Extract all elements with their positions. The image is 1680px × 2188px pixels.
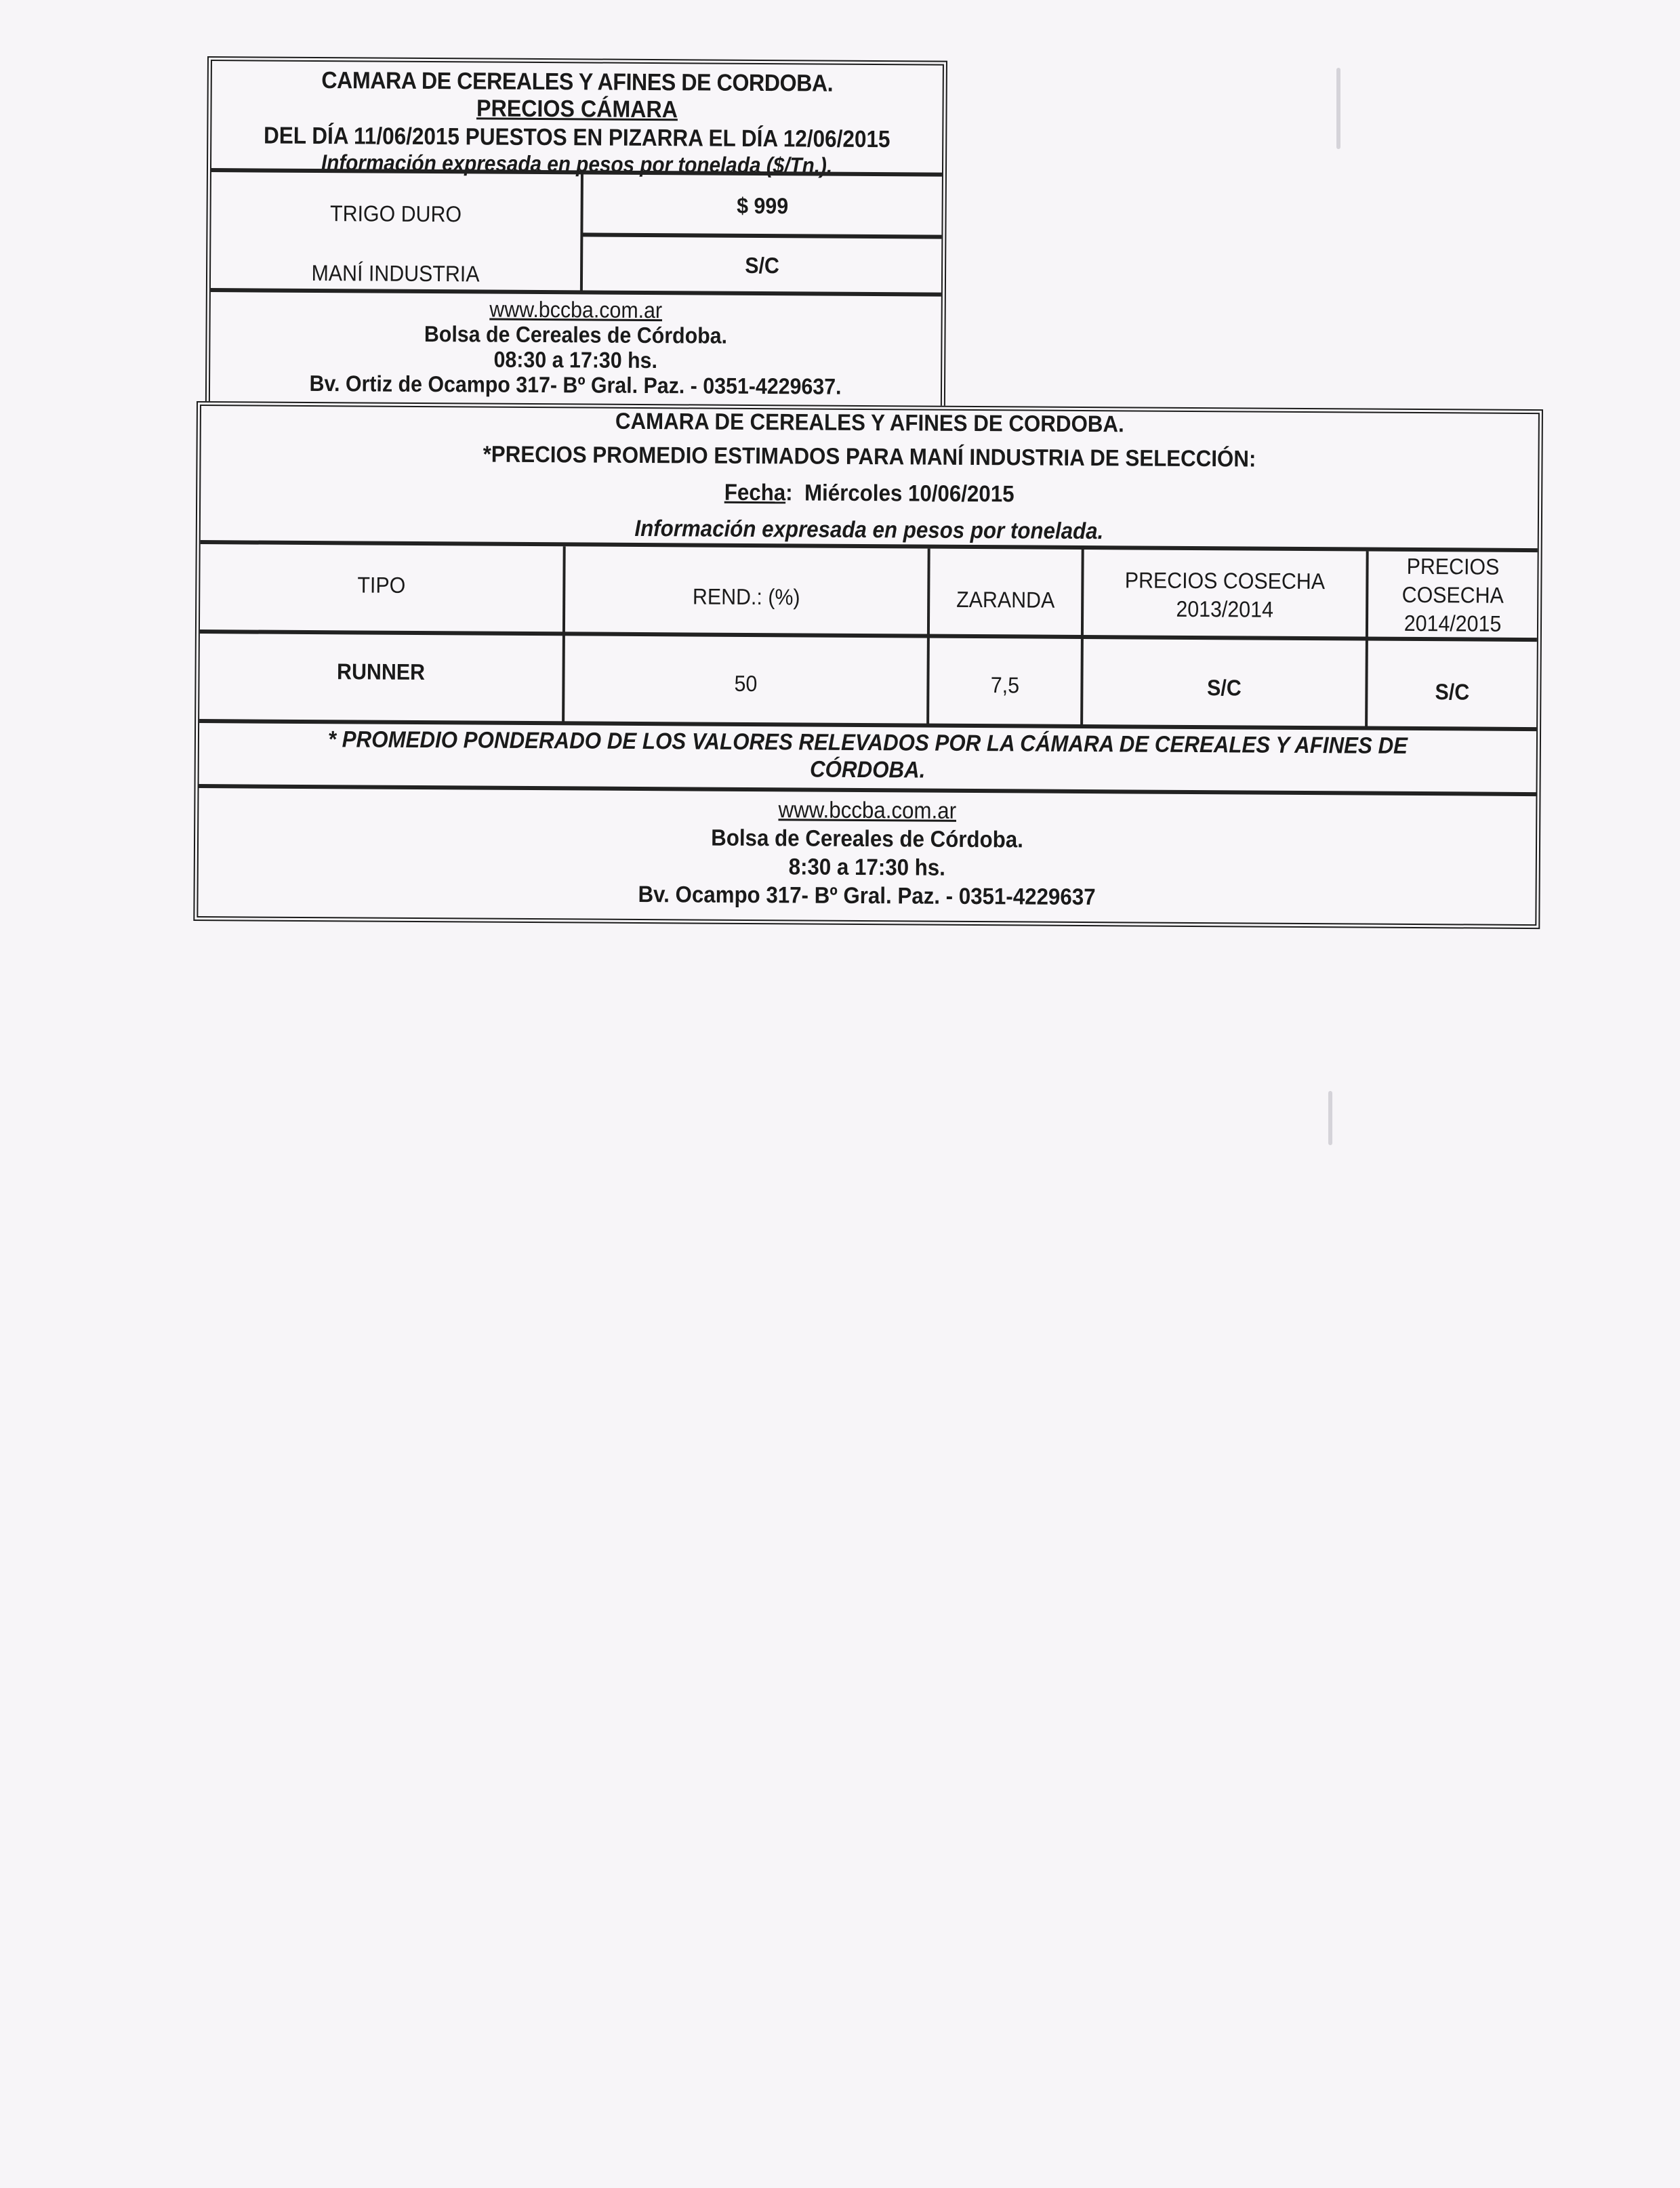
- date-value: Miércoles 10/06/2015: [804, 480, 1015, 507]
- hours: 08:30 a 17:30 hs.: [239, 345, 911, 374]
- precios-mani-table: CAMARA DE CEREALES Y AFINES DE CORDOBA. …: [193, 401, 1543, 929]
- date-label: Fecha: [724, 480, 786, 506]
- cell-rend: 50: [579, 668, 913, 699]
- header-line: COSECHA: [1375, 581, 1530, 610]
- price-value: $ 999: [598, 192, 928, 220]
- date-colon: :: [785, 480, 804, 505]
- table-title: CAMARA DE CEREALES Y AFINES DE CORDOBA.: [241, 66, 914, 98]
- cell-tipo: RUNNER: [214, 657, 548, 687]
- precios-camara-table: CAMARA DE CEREALES Y AFINES DE CORDOBA. …: [205, 56, 947, 413]
- header-line: PRECIOS: [1375, 552, 1530, 581]
- address: Bv. Ortiz de Ocampo 317- Bº Gral. Paz. -…: [239, 370, 911, 399]
- divider: [200, 629, 1537, 642]
- table-subtitle: PRECIOS CÁMARA: [241, 94, 914, 125]
- website-link[interactable]: www.bccba.com.ar: [240, 295, 912, 324]
- divider: [580, 171, 583, 291]
- cell-cosecha-2013-2014: S/C: [1094, 673, 1354, 703]
- column-header-zaranda: ZARANDA: [936, 585, 1075, 615]
- product-label: MANÍ INDUSTRIA: [226, 260, 566, 287]
- date-line: DEL DÍA 11/06/2015 PUESTOS EN PIZARRA EL…: [248, 122, 905, 153]
- table-subtitle: *PRECIOS PROMEDIO ESTIMADOS PARA MANÍ IN…: [254, 440, 1484, 474]
- precios-camara-header: CAMARA DE CEREALES Y AFINES DE CORDOBA. …: [211, 61, 943, 174]
- date-line: Fecha: Miércoles 10/06/2015: [254, 477, 1484, 511]
- precios-camara-footer: www.bccba.com.ar Bolsa de Cereales de Có…: [210, 295, 941, 400]
- header-line: 2013/2014: [1095, 594, 1355, 624]
- scan-noise: [1336, 68, 1340, 149]
- divider: [581, 232, 941, 239]
- hours: 8:30 a 17:30 hs.: [252, 851, 1482, 885]
- column-header-rend: REND.: (%): [579, 581, 913, 612]
- price-value: S/C: [597, 252, 927, 280]
- table-title: CAMARA DE CEREALES Y AFINES DE CORDOBA.: [255, 407, 1485, 440]
- column-header-tipo: TIPO: [215, 570, 548, 600]
- org-name: Bolsa de Cereales de Córdoba.: [252, 823, 1482, 856]
- header-line: PRECIOS COSECHA: [1095, 566, 1355, 596]
- column-header-cosecha-2014-2015: PRECIOS COSECHA 2014/2015: [1375, 552, 1531, 638]
- product-label: TRIGO DURO: [226, 200, 566, 228]
- column-header-cosecha-2013-2014: PRECIOS COSECHA 2013/2014: [1095, 566, 1355, 624]
- website-link[interactable]: www.bccba.com.ar: [252, 794, 1482, 828]
- cell-cosecha-2014-2015: S/C: [1374, 678, 1530, 707]
- cell-zaranda: 7,5: [935, 671, 1074, 700]
- org-name: Bolsa de Cereales de Córdoba.: [240, 320, 912, 349]
- header-line: 2014/2015: [1375, 609, 1530, 638]
- address: Bv. Ocampo 317- Bº Gral. Paz. - 0351-422…: [251, 880, 1481, 913]
- scan-noise: [1328, 1091, 1332, 1145]
